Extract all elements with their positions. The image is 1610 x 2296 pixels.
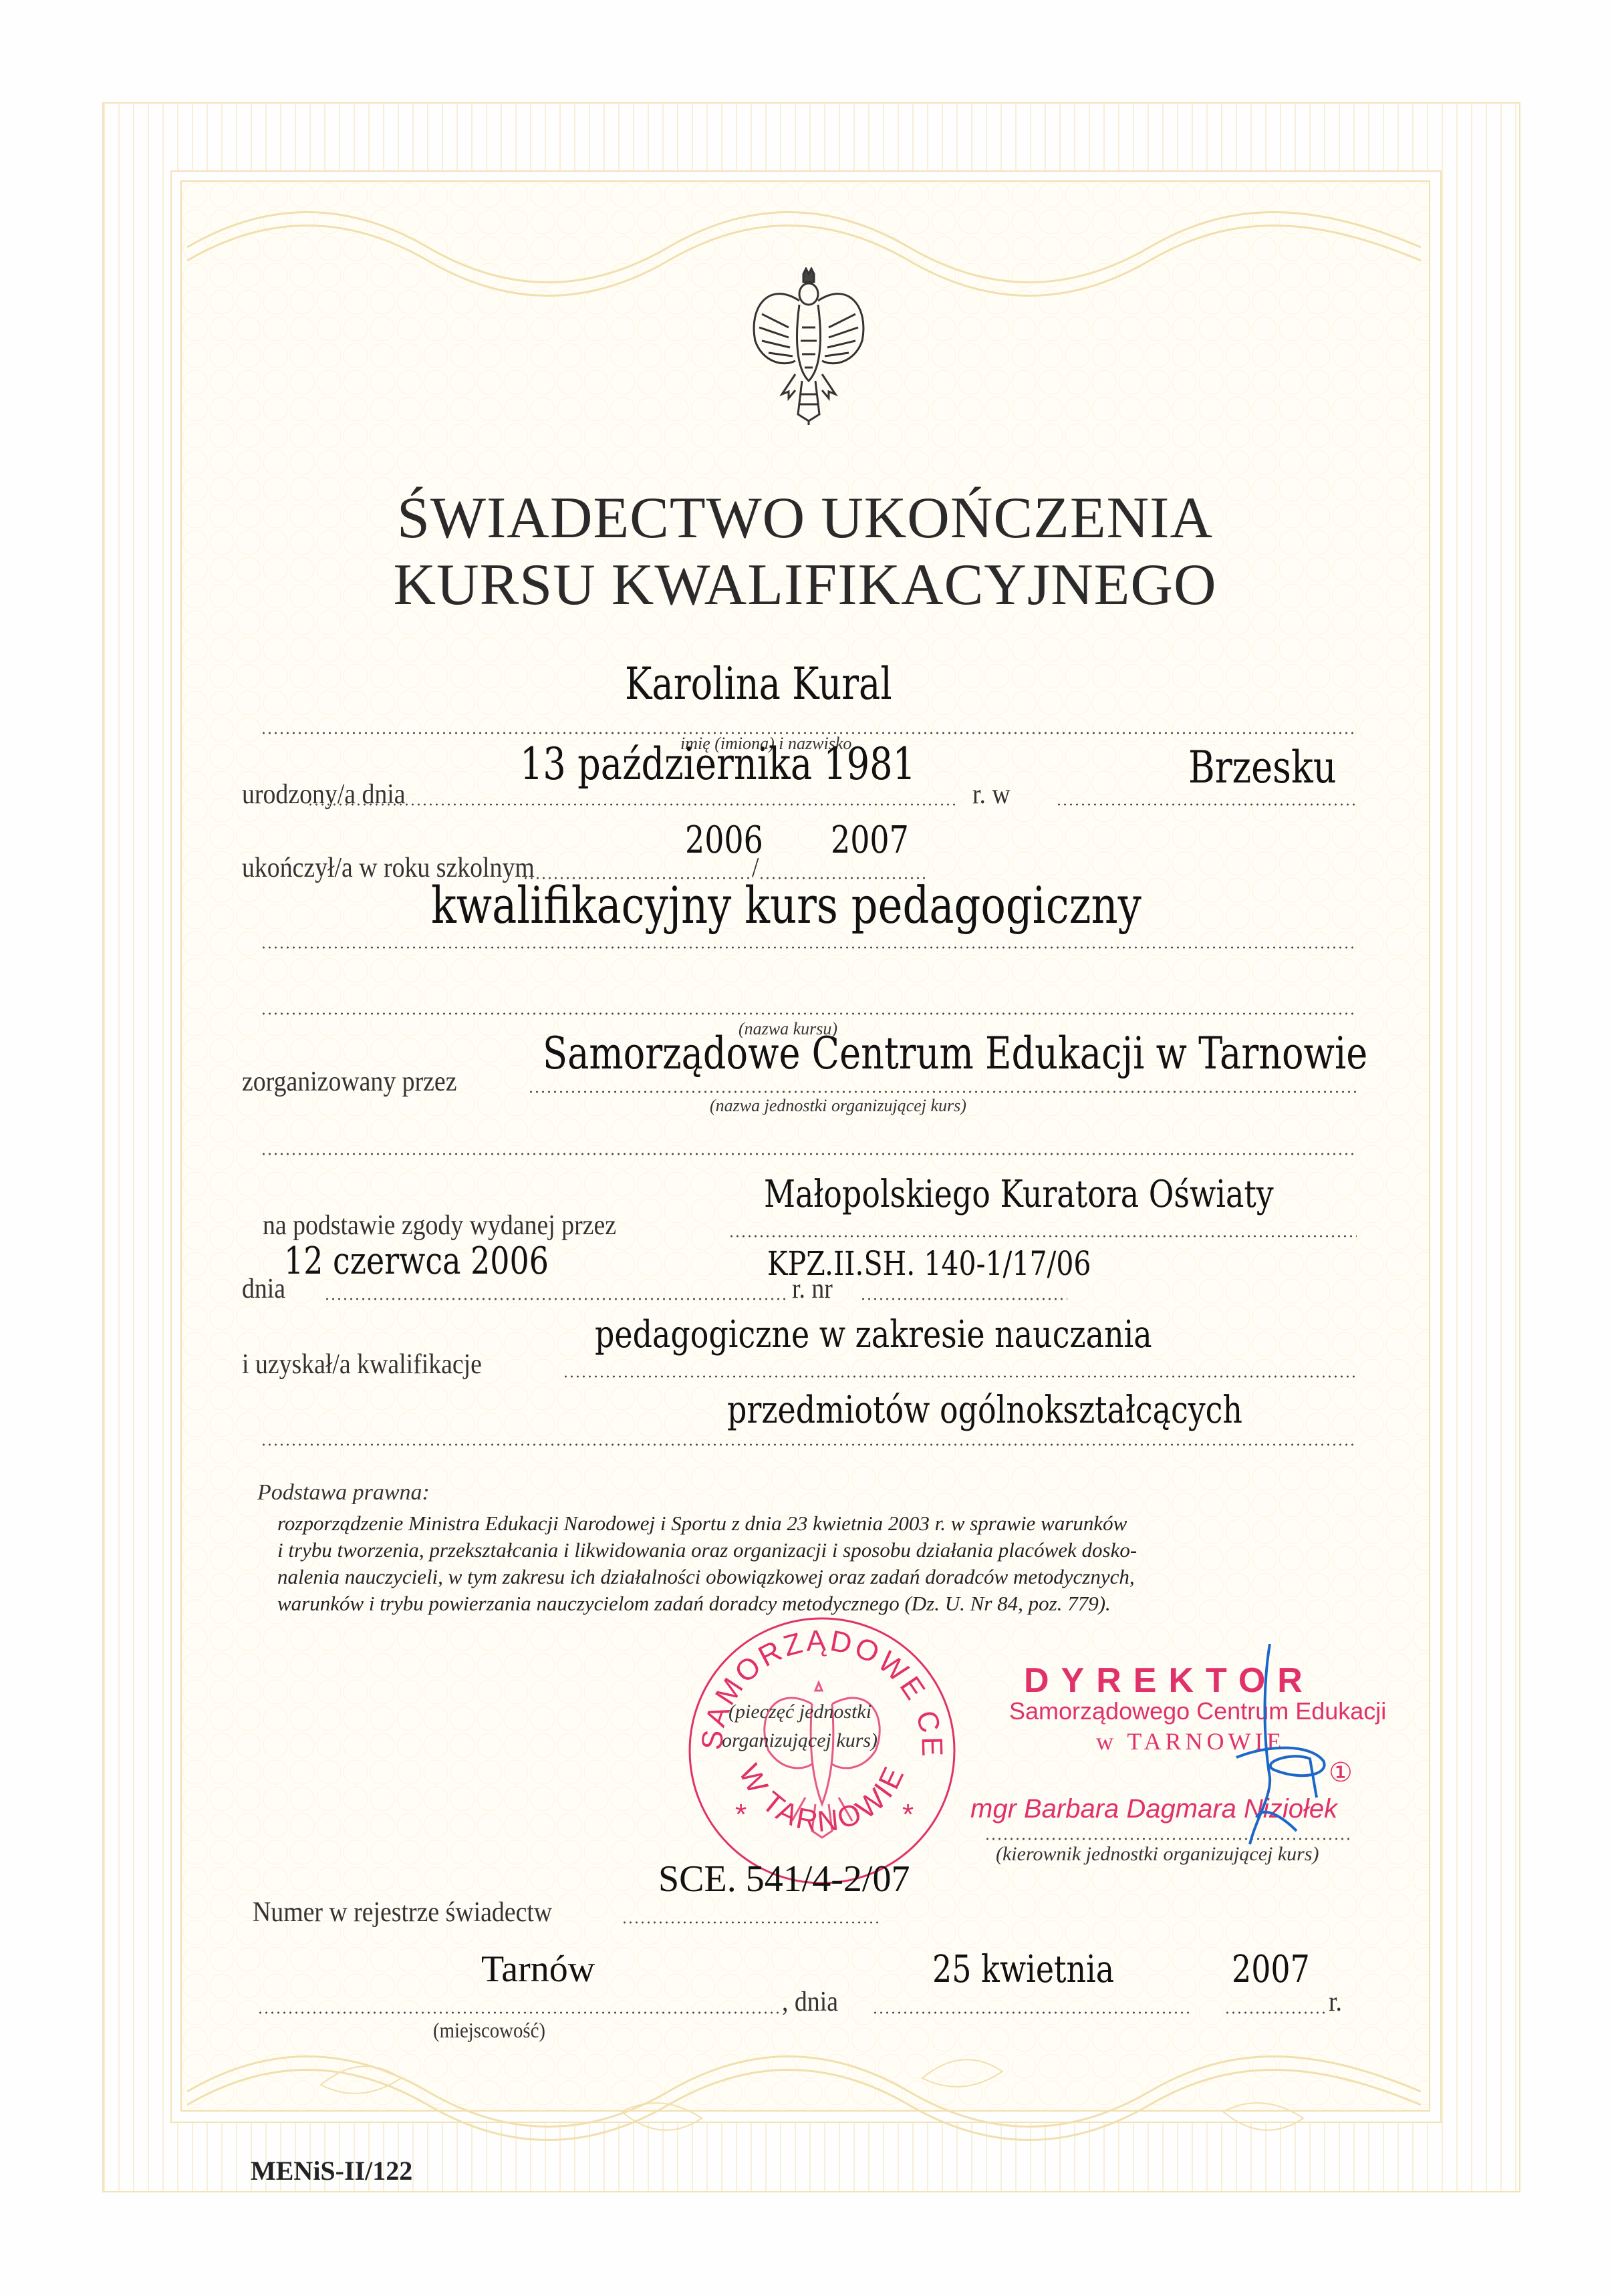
svg-text:*: * bbox=[902, 1798, 914, 1831]
stamp-hint-line-1: (pieczęć jednostki bbox=[728, 1701, 871, 1723]
qualification-line-2: przedmiotów ogólnokształcących bbox=[727, 1389, 1242, 1432]
director-signature bbox=[1230, 1644, 1377, 1858]
issue-place-dotted-line bbox=[257, 2011, 779, 2014]
legal-basis-line-3: nalenia nauczycieli, w tym zakresu ich d… bbox=[277, 1564, 1135, 1590]
svg-text:*: * bbox=[735, 1798, 747, 1831]
issue-date: 25 kwietnia bbox=[932, 1948, 1114, 1991]
birth-date: 13 października 1981 bbox=[520, 738, 916, 790]
stamp-hint-line-2: organizującej kurs) bbox=[722, 1729, 878, 1752]
issue-year-dotted-line bbox=[1224, 2011, 1325, 2014]
organizer-dotted-line-2 bbox=[261, 1153, 1357, 1155]
qualification-dotted-line-2 bbox=[261, 1443, 1357, 1446]
approval-number-label: r. nr bbox=[792, 1273, 833, 1305]
register-number: SCE. 541/4-2/07 bbox=[658, 1858, 910, 1900]
course-name: kwalifikacyjny kurs pedagogiczny bbox=[431, 875, 1142, 935]
title-line-1: ŚWIADECTWO UKOŃCZENIA bbox=[0, 484, 1610, 552]
organizer-name: Samorządowe Centrum Edukacji w Tarnowie bbox=[543, 1028, 1367, 1079]
birth-year-suffix: r. w bbox=[972, 778, 1011, 811]
qualification-line-1: pedagogiczne w zakresie nauczania bbox=[595, 1313, 1152, 1356]
issue-year: 2007 bbox=[1232, 1948, 1310, 1991]
bottom-vine-ornament bbox=[187, 2031, 1421, 2152]
birth-place: Brzesku bbox=[1188, 742, 1337, 793]
stamp-bottom-text: W TARNOWIE bbox=[732, 1759, 912, 1838]
approval-date-dotted-line bbox=[324, 1298, 785, 1300]
legal-basis-title: Podstawa prawna: bbox=[257, 1480, 430, 1505]
organizer-label: zorganizowany przez bbox=[242, 1066, 456, 1098]
issue-place: Tarnów bbox=[481, 1948, 595, 1991]
issue-place-hint: (miejscowość) bbox=[433, 2018, 545, 2043]
title-line-2: KURSU KWALIFIKACYJNEGO bbox=[0, 551, 1610, 619]
holder-full-name: Karolina Kural bbox=[625, 658, 892, 710]
course-dotted-line-1 bbox=[261, 946, 1357, 949]
issue-date-label: , dnia bbox=[782, 1986, 838, 2018]
register-label: Numer w rejestrze świadectw bbox=[253, 1896, 552, 1928]
organizer-dotted-line bbox=[528, 1091, 1357, 1093]
issue-year-suffix: r. bbox=[1329, 1986, 1342, 2018]
qualification-dotted-line-1 bbox=[563, 1375, 1357, 1378]
school-year-end: 2007 bbox=[831, 819, 909, 862]
legal-basis-line-2: i trybu tworzenia, przekształcania i lik… bbox=[277, 1537, 1137, 1564]
birth-place-dotted-line bbox=[1056, 803, 1357, 806]
approval-issuer: Małopolskiego Kuratora Oświaty bbox=[764, 1173, 1274, 1216]
register-dotted-line bbox=[622, 1921, 882, 1924]
issue-date-dotted-line bbox=[872, 2011, 1190, 2014]
form-code: MENiS-II/122 bbox=[251, 2155, 412, 2186]
birth-date-dotted-line bbox=[307, 803, 959, 806]
qualification-label: i uzyskał/a kwalifikacje bbox=[242, 1348, 482, 1381]
approval-date-label: dnia bbox=[242, 1273, 285, 1305]
approval-issuer-dotted-line bbox=[728, 1235, 1357, 1238]
legal-basis-line-1: rozporządzenie Ministra Edukacji Narodow… bbox=[277, 1510, 1127, 1537]
approval-date: 12 czerwca 2006 bbox=[284, 1240, 549, 1283]
approval-label: na podstawie zgody wydanej przez bbox=[263, 1209, 616, 1242]
organizer-hint: (nazwa jednostki organizującej kurs) bbox=[710, 1096, 966, 1116]
approval-number-dotted-line bbox=[860, 1298, 1067, 1300]
course-dotted-line-2 bbox=[261, 1012, 1357, 1015]
polish-eagle-emblem-icon bbox=[742, 267, 876, 428]
